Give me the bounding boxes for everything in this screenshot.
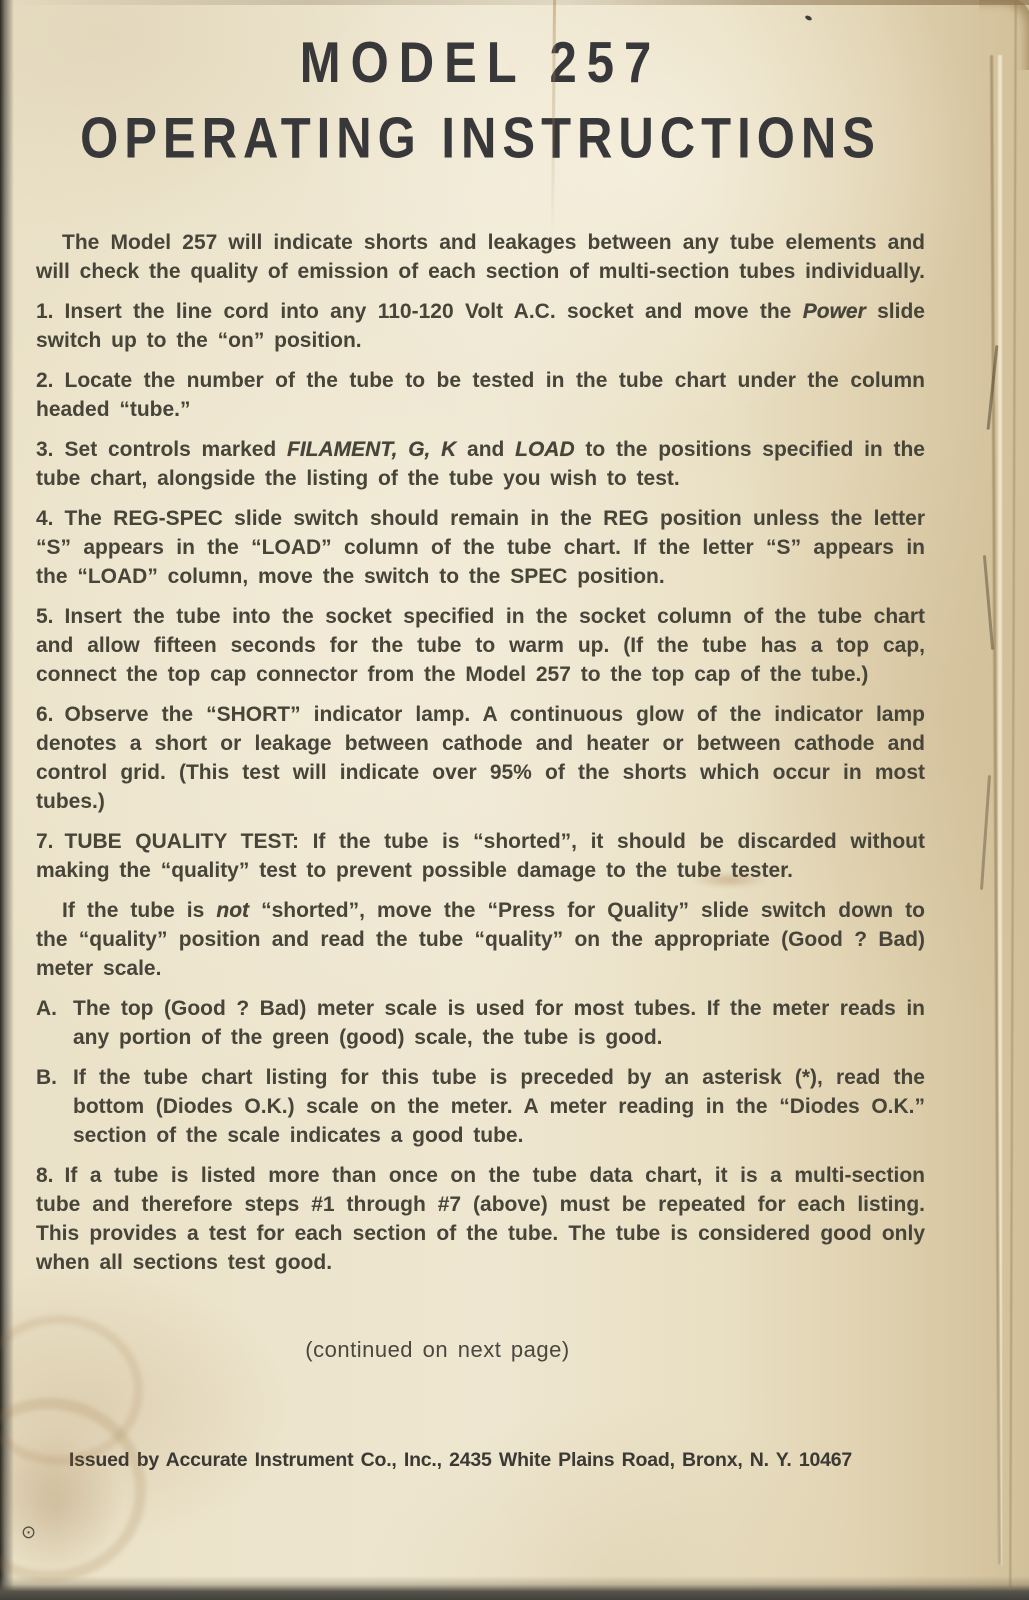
scan-edge-top xyxy=(0,0,1029,5)
page-title: MODEL 257 OPERATING INSTRUCTIONS xyxy=(36,30,925,172)
quality-emphasis-not: not xyxy=(216,899,249,922)
step-4-number: 4. xyxy=(36,507,54,530)
step-8-number: 8. xyxy=(36,1164,54,1187)
step-8: 8.If a tube is listed more than once on … xyxy=(36,1161,925,1277)
step-1-number: 1. xyxy=(36,300,54,323)
step-6-text: Observe the “SHORT” indicator lamp. A co… xyxy=(36,703,925,813)
step-3-emphasis-filament-g-k: FILAMENT, G, K xyxy=(287,438,456,461)
item-a: A. The top (Good ? Bad) meter scale is u… xyxy=(36,994,925,1052)
quality-text: If the tube is xyxy=(62,899,216,922)
item-b: B. If the tube chart listing for this tu… xyxy=(36,1063,925,1150)
step-2-number: 2. xyxy=(36,369,54,392)
step-7-number: 7. xyxy=(36,830,54,853)
step-3-text-mid: and xyxy=(456,438,515,461)
step-1-emphasis: Power xyxy=(803,300,866,323)
title-operating-instructions: OPERATING INSTRUCTIONS xyxy=(36,106,925,172)
page-curl-corner xyxy=(979,0,1029,70)
paper-smudge xyxy=(690,872,768,888)
item-b-text: If the tube chart listing for this tube … xyxy=(73,1063,925,1150)
step-8-text: If a tube is listed more than once on th… xyxy=(36,1164,925,1274)
step-3: 3.Set controls marked FILAMENT, G, K and… xyxy=(36,435,925,493)
quality-paragraph: If the tube is not “shorted”, move the “… xyxy=(36,896,925,983)
step-4: 4.The REG-SPEC slide switch should remai… xyxy=(36,504,925,591)
item-a-letter: A. xyxy=(36,994,73,1052)
step-5-text: Insert the tube into the socket specifie… xyxy=(36,605,925,686)
scan-edge-bottom xyxy=(0,1576,1029,1600)
page-content: MODEL 257 OPERATING INSTRUCTIONS The Mod… xyxy=(0,0,1029,1277)
publisher-line: Issued by Accurate Instrument Co., Inc.,… xyxy=(16,1449,905,1472)
step-7: 7.TUBE QUALITY TEST: If the tube is “sho… xyxy=(36,827,925,885)
step-7-text: TUBE QUALITY TEST: If the tube is “short… xyxy=(36,830,925,882)
step-6-number: 6. xyxy=(36,703,54,726)
intro-paragraph: The Model 257 will indicate shorts and l… xyxy=(36,228,925,286)
step-2: 2.Locate the number of the tube to be te… xyxy=(36,366,925,424)
step-2-text: Locate the number of the tube to be test… xyxy=(36,369,925,421)
step-5-number: 5. xyxy=(36,605,54,628)
step-6: 6.Observe the “SHORT” indicator lamp. A … xyxy=(36,700,925,816)
step-1-text: Insert the line cord into any 110-120 Vo… xyxy=(65,300,803,323)
item-a-text: The top (Good ? Bad) meter scale is used… xyxy=(73,994,925,1052)
stain-blot xyxy=(0,1430,120,1580)
step-3-emphasis-load: LOAD xyxy=(515,438,575,461)
step-3-number: 3. xyxy=(36,438,54,461)
scanned-manual-page: MODEL 257 OPERATING INSTRUCTIONS The Mod… xyxy=(0,0,1029,1600)
step-1: 1.Insert the line cord into any 110-120 … xyxy=(36,297,925,355)
step-4-text: The REG-SPEC slide switch should remain … xyxy=(36,507,925,588)
item-b-letter: B. xyxy=(36,1063,73,1150)
step-3-text: Set controls marked xyxy=(65,438,288,461)
title-model-number: MODEL 257 xyxy=(36,30,925,96)
step-5: 5.Insert the tube into the socket specif… xyxy=(36,602,925,689)
